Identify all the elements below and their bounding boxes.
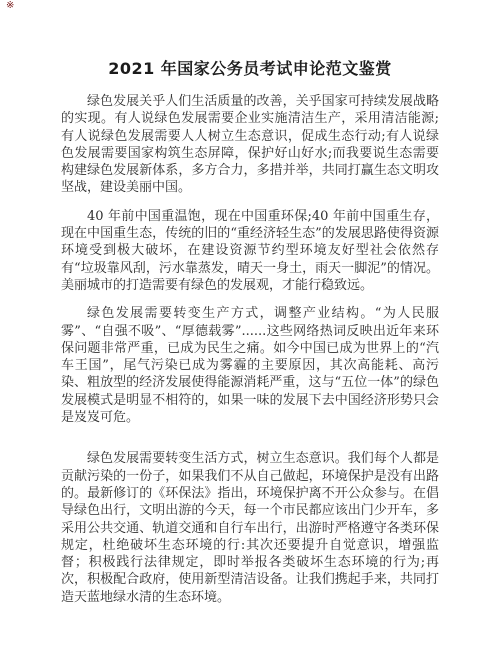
document-title: 2021 年国家公务员考试申论范文鉴赏 xyxy=(0,0,500,80)
corner-mark-icon: ※ xyxy=(6,1,14,11)
paragraph-lifestyle: 绿色发展需要转变生活方式，树立生态意识。我们每个人都是贡献污染的一份子，如果我们… xyxy=(61,450,439,606)
document-page: ※ 2021 年国家公务员考试申论范文鉴赏 绿色发展关乎人们生活质量的改善，关乎… xyxy=(0,0,500,647)
paragraph-production: 绿色发展需要转变生产方式，调整产业结构。“为人民服雾”、“自强不吸”、“厚德载雾… xyxy=(61,305,439,426)
document-body: 绿色发展关乎人们生活质量的改善，关乎国家可持续发展战略的实现。有人说绿色发展需要… xyxy=(0,80,500,606)
paragraph-background: 40 年前中国重温饱，现在中国重环保;40 年前中国重生存，现在中国重生态，传统… xyxy=(61,208,439,294)
paragraph-intro: 绿色发展关乎人们生活质量的改善，关乎国家可持续发展战略的实现。有人说绿色发展需要… xyxy=(61,93,439,197)
